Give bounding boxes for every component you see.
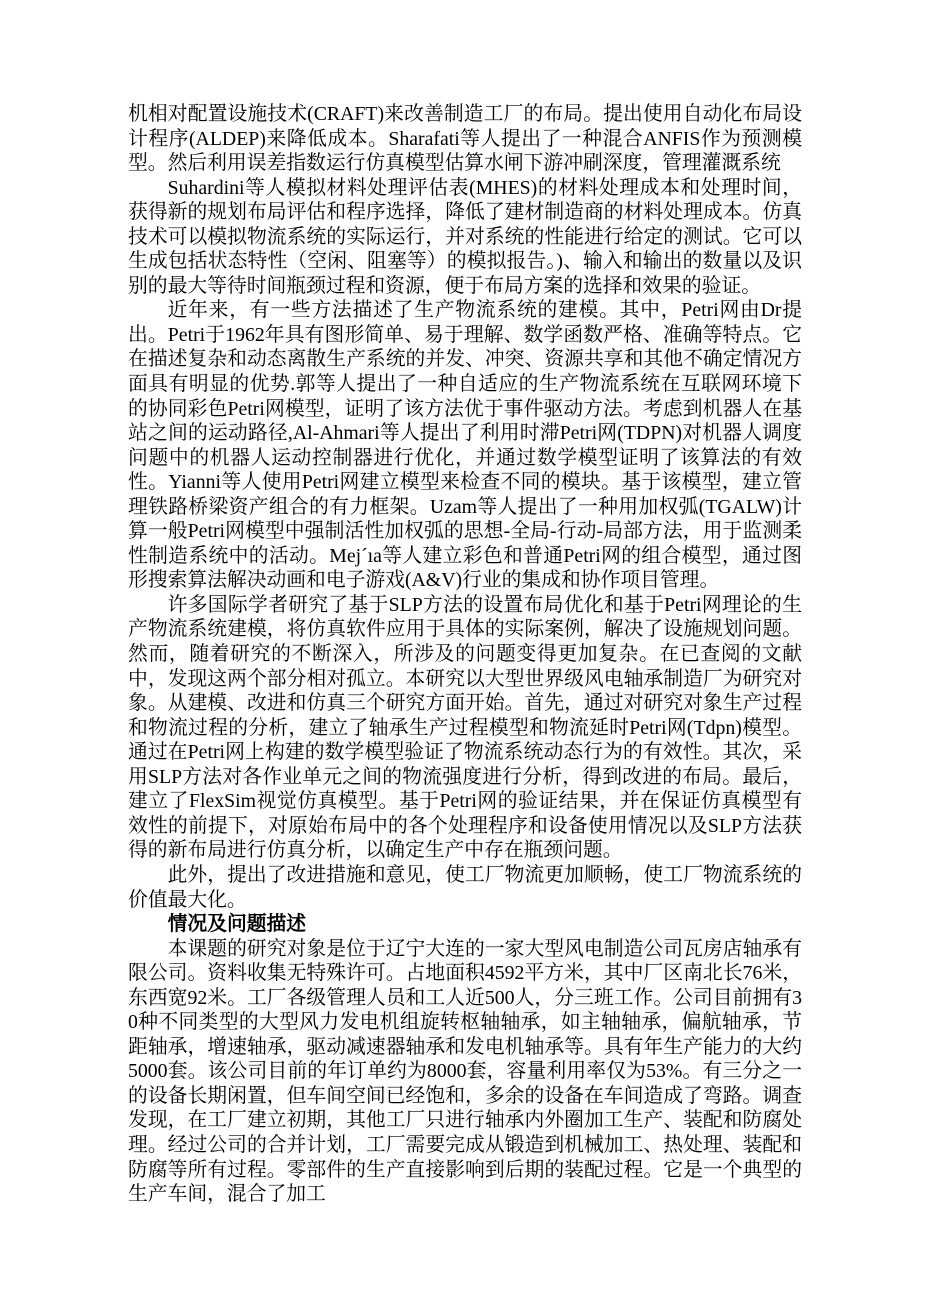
paragraph-petri-net-review: 近年来，有一些方法描述了生产物流系统的建模。其中，Petri网由Dr提出。Pet… xyxy=(128,298,802,593)
paragraph-craft-aldep: 机相对配置设施技术(CRAFT)来改善制造工厂的布局。提出使用自动化布局设计程序… xyxy=(128,102,802,176)
paragraph-case-description: 本课题的研究对象是位于辽宁大连的一家大型风电制造公司瓦房店轴承有限公司。资料收集… xyxy=(128,937,802,1207)
document-page: 机相对配置设施技术(CRAFT)来改善制造工厂的布局。提出使用自动化布局设计程序… xyxy=(0,0,926,1309)
document-text-block: 机相对配置设施技术(CRAFT)来改善制造工厂的布局。提出使用自动化布局设计程序… xyxy=(128,102,802,1207)
section-heading-situation-problem: 情况及问题描述 xyxy=(128,912,802,937)
paragraph-slp-research-overview: 许多国际学者研究了基于SLP方法的设置布局优化和基于Petri网理论的生产物流系… xyxy=(128,593,802,863)
paragraph-improvement-measures: 此外，提出了改进措施和意见，使工厂物流更加顺畅，使工厂物流系统的价值最大化。 xyxy=(128,863,802,912)
paragraph-suhardini-mhes: Suhardini等人模拟材料处理评估表(MHES)的材料处理成本和处理时间，获… xyxy=(128,176,802,299)
